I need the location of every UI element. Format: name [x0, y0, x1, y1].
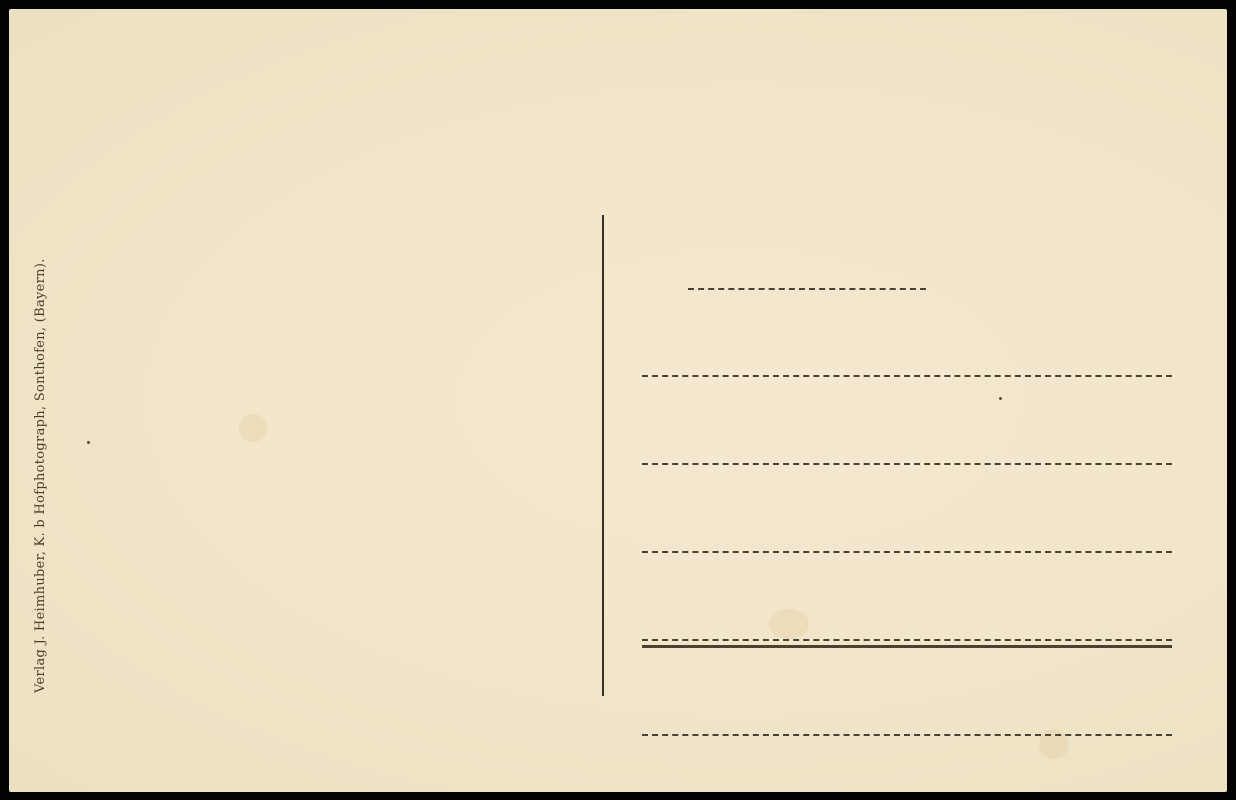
stain [769, 609, 809, 639]
address-line-1 [688, 288, 926, 290]
address-line-2 [642, 375, 1172, 377]
center-divider-line [602, 215, 604, 696]
speck [87, 441, 90, 444]
address-line-5 [642, 645, 1172, 648]
address-line-6 [642, 734, 1172, 736]
speck [999, 397, 1002, 400]
address-line-5-top [642, 639, 1172, 641]
postcard-back [9, 9, 1227, 792]
stain [239, 414, 267, 442]
address-line-3 [642, 463, 1172, 465]
address-line-4 [642, 551, 1172, 553]
publisher-imprint: Verlag J. Heimhuber, K. b Hofphotograph,… [33, 258, 48, 693]
